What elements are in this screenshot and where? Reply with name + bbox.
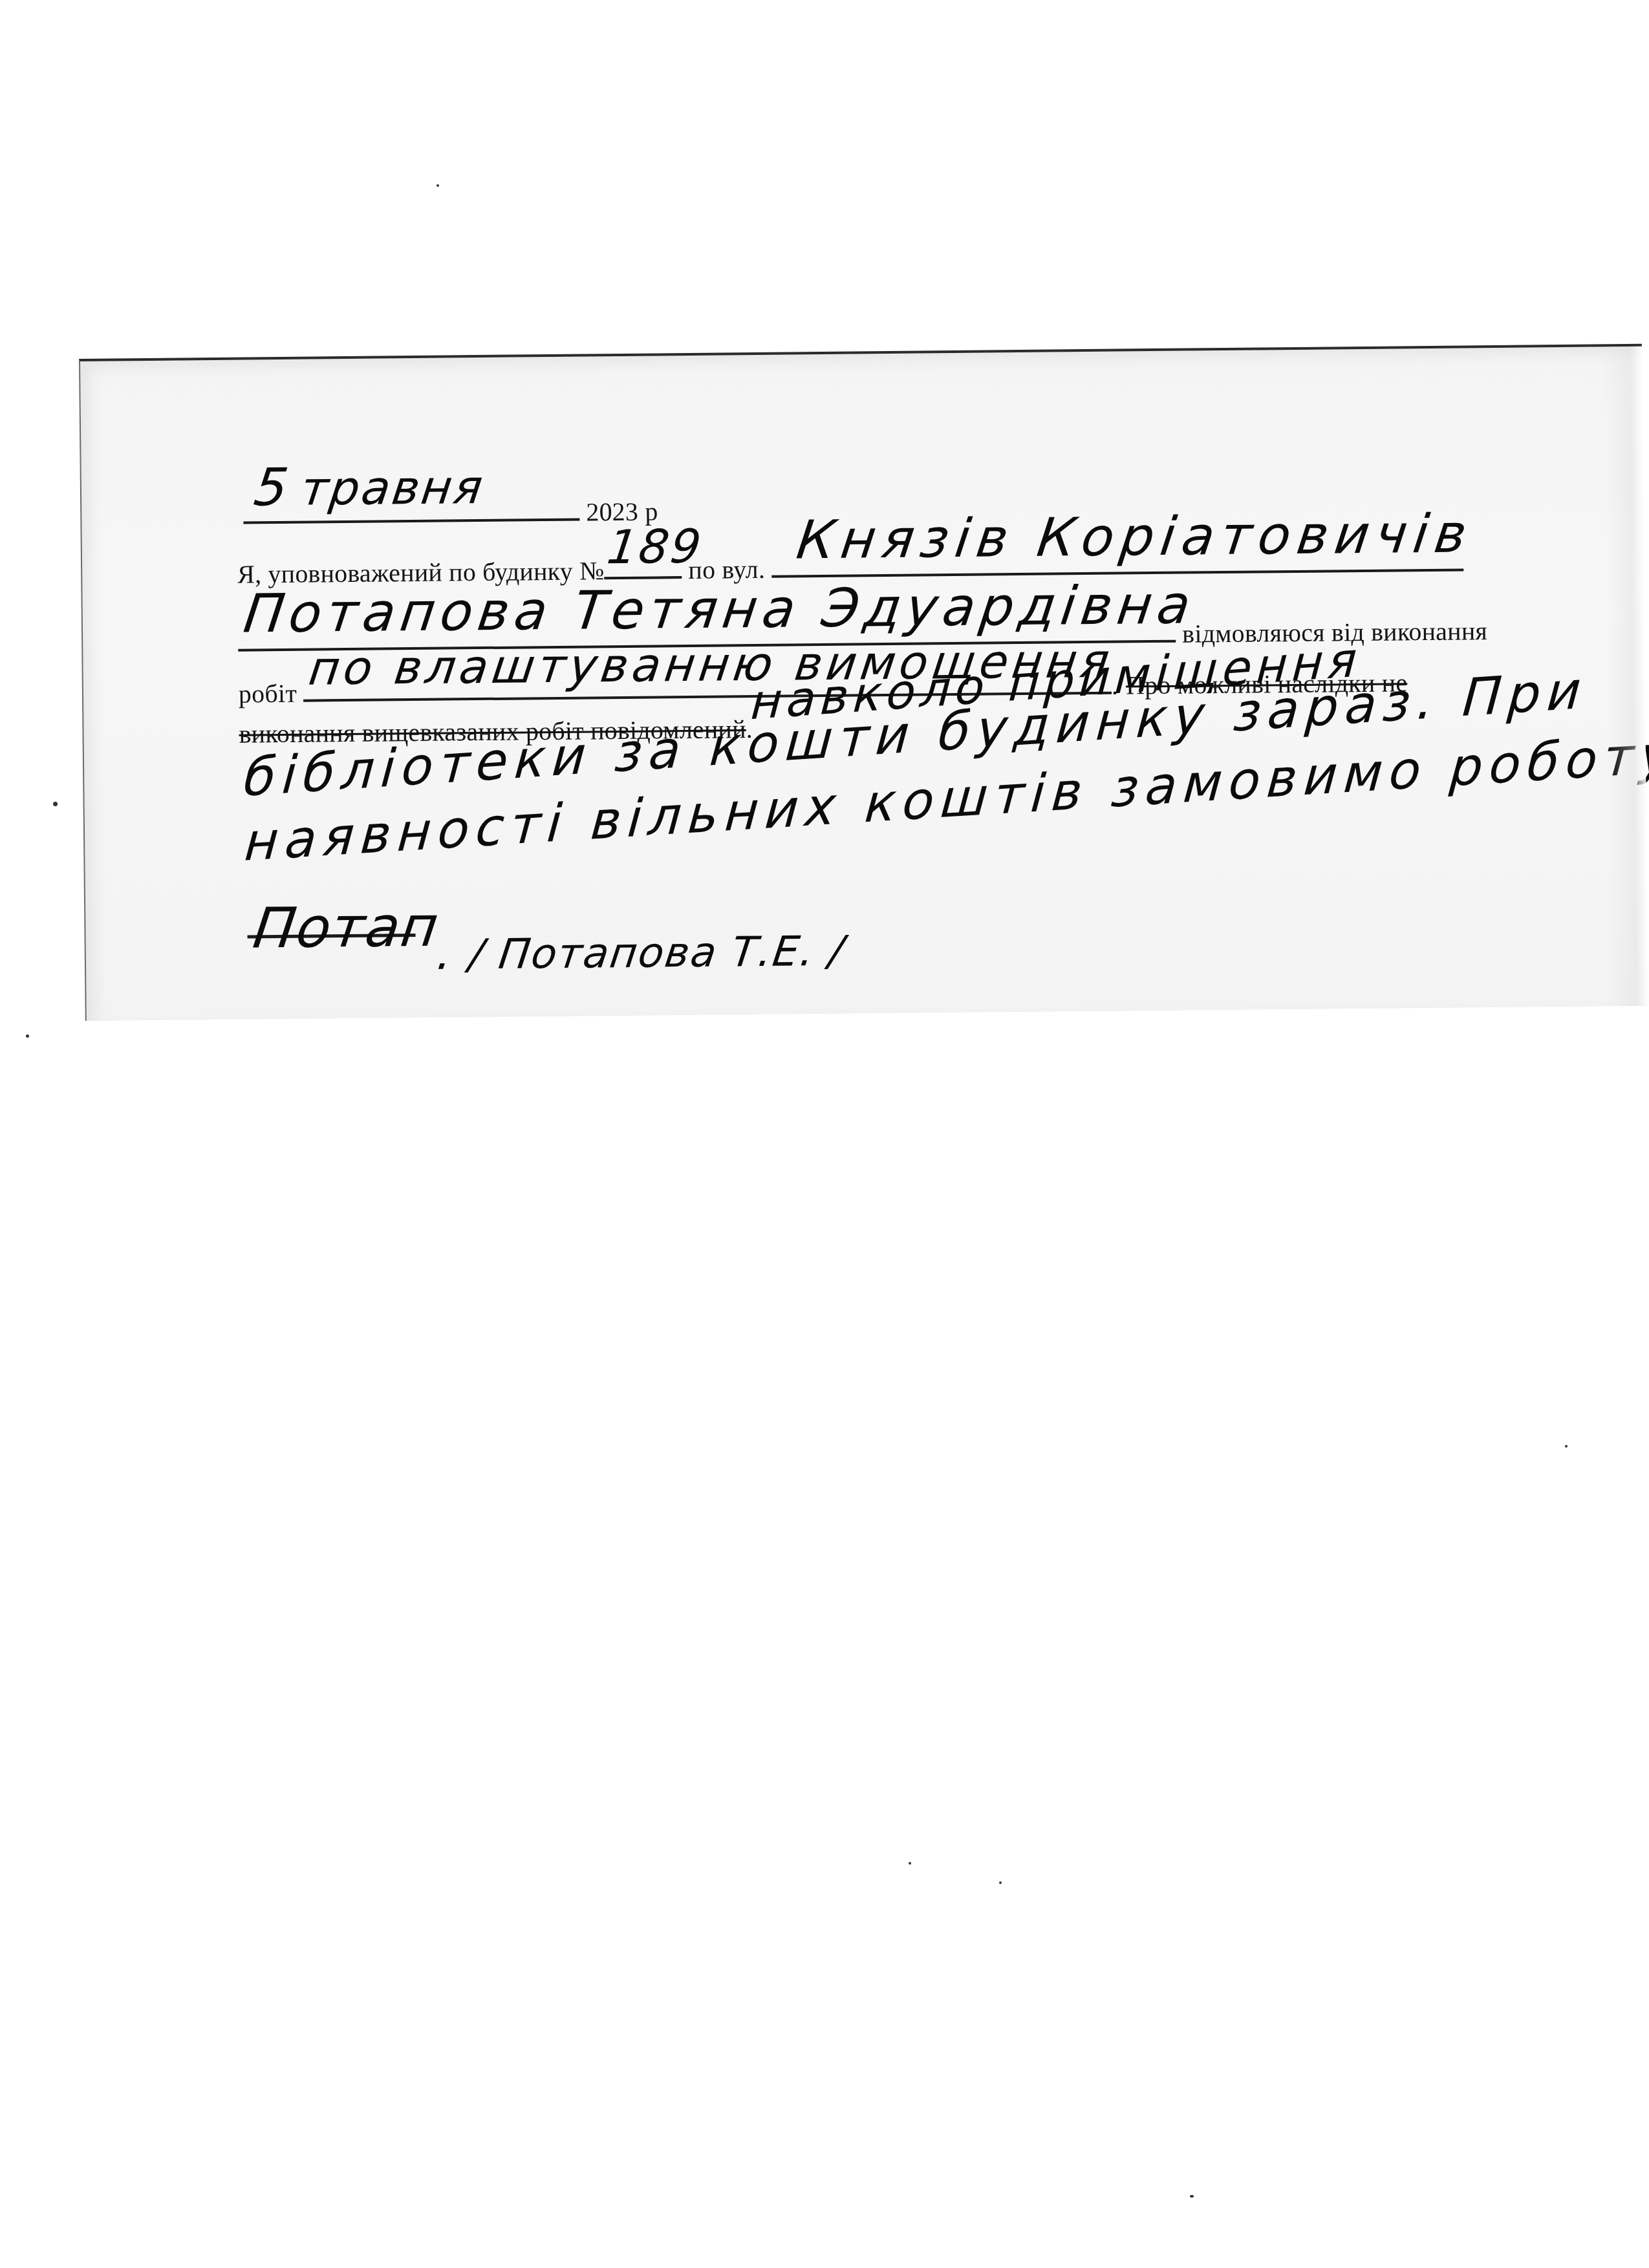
signature-line: Потап . / Потапова Т.Е. / (247, 884, 845, 950)
date-month: травня (297, 460, 488, 516)
date-line: 5 травня 2023 р (243, 472, 658, 530)
works-label: робіт (239, 679, 297, 709)
scanned-page: 5 травня 2023 р Я, уповноважений по буди… (0, 0, 1649, 2268)
scan-speck (436, 184, 439, 187)
street-field: Князів Коріатовичів (771, 539, 1463, 577)
signature-scribble: Потап (250, 895, 443, 961)
scan-speck (53, 802, 58, 806)
signature-name: / Потапова Т.Е. / (466, 928, 848, 979)
scan-speck (909, 1862, 911, 1865)
house-number-field: 189 (604, 546, 682, 579)
date-field: 5 травня (243, 473, 580, 524)
document-paper: 5 травня 2023 р Я, уповноважений по буди… (79, 344, 1648, 1021)
scan-speck (999, 1881, 1002, 1884)
scan-speck (1190, 2195, 1194, 2198)
scan-speck (26, 1034, 29, 1038)
house-number: 189 (605, 519, 706, 575)
scan-speck (1565, 1445, 1568, 1448)
street-name: Князів Коріатовичів (793, 503, 1476, 571)
date-day: 5 (251, 457, 294, 518)
signature-field: Потап (247, 888, 416, 938)
